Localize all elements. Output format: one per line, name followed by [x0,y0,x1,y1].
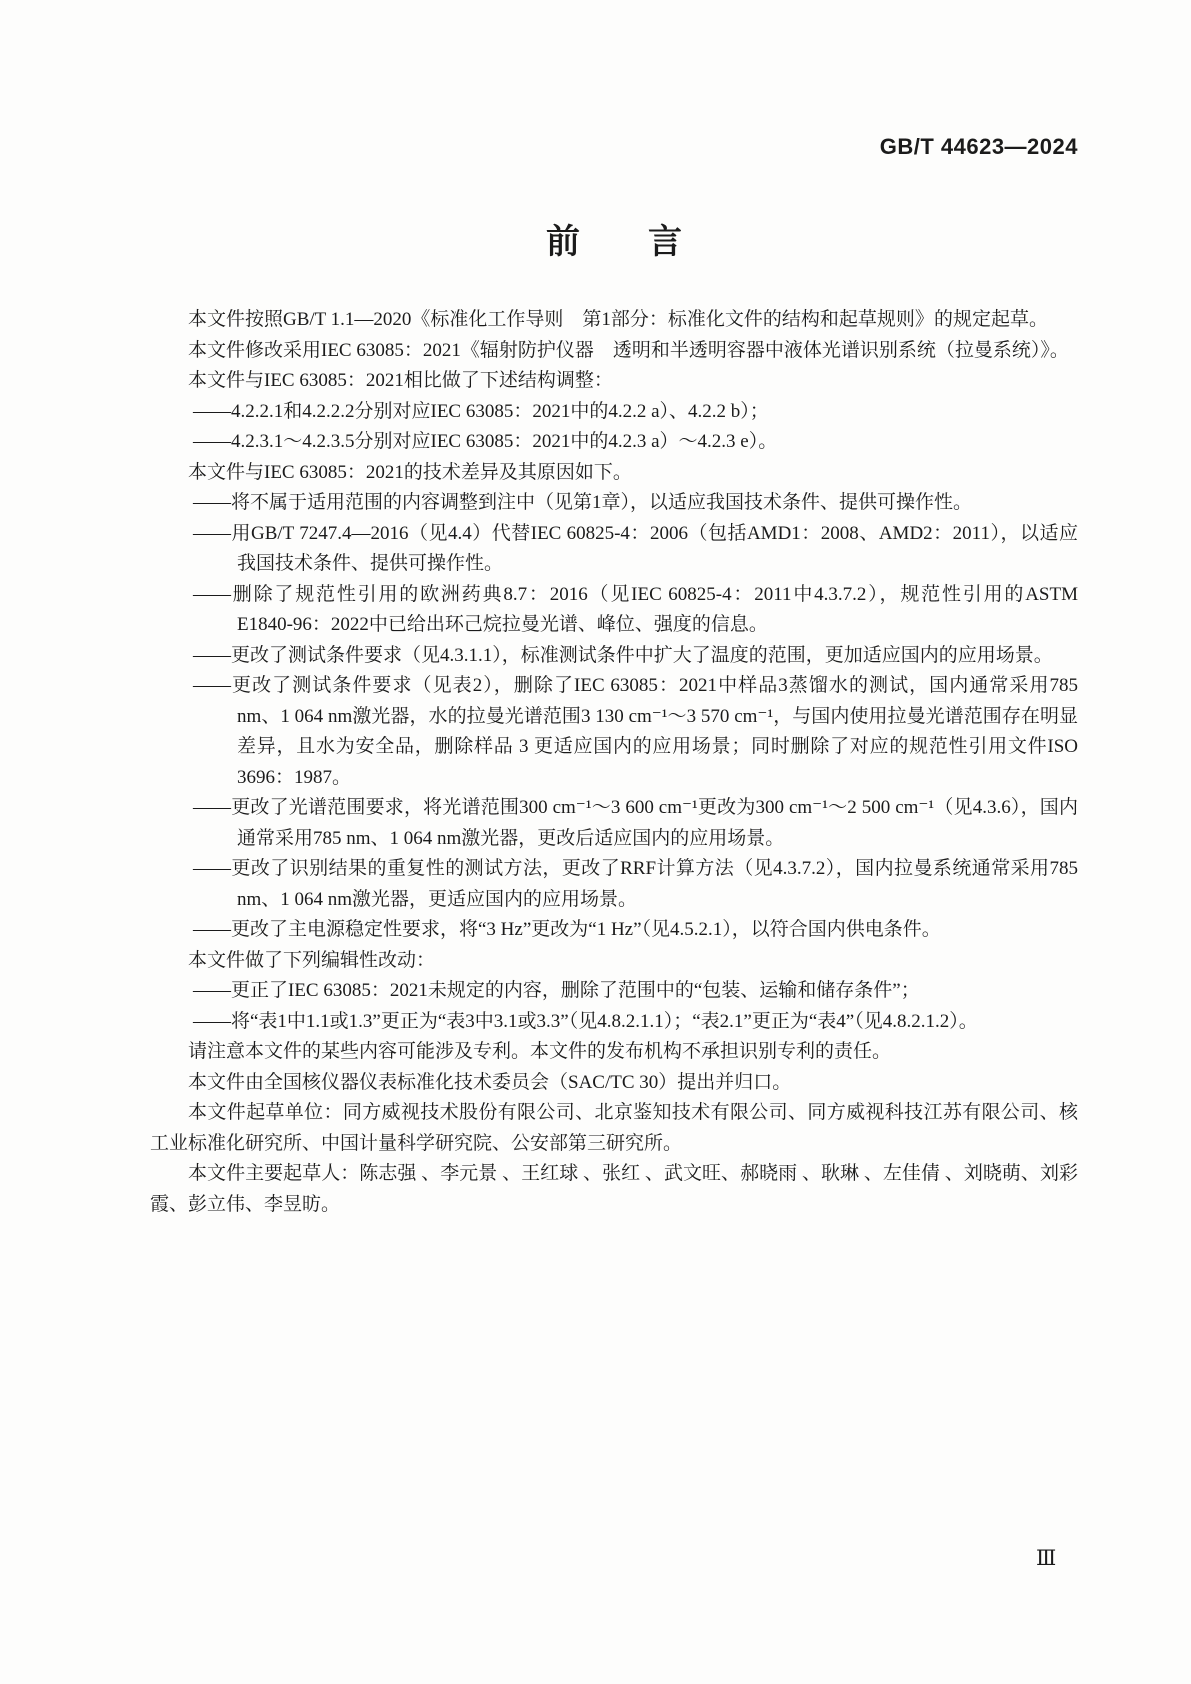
dash-list-item: ——用GB/T 7247.4—2016（见4.4）代替IEC 60825-4：2… [150,519,1078,580]
dash-list-item: ——更改了测试条件要求（见4.3.1.1），标准测试条件中扩大了温度的范围，更加… [150,641,1078,672]
foreword-body: 本文件按照GB/T 1.1—2020《标准化工作导则 第1部分：标准化文件的结构… [150,305,1078,1220]
paragraph: 本文件与IEC 63085：2021相比做了下述结构调整： [150,366,1078,397]
paragraph: 本文件主要起草人：陈志强 、李元景 、王红球 、张红 、武文旺、郝晓雨 、耿琳 … [150,1159,1078,1220]
paragraph: 本文件与IEC 63085：2021的技术差异及其原因如下。 [150,458,1078,489]
dash-list-item: ——删除了规范性引用的欧洲药典8.7：2016（见IEC 60825-4：201… [150,580,1078,641]
standard-number: GB/T 44623—2024 [880,134,1078,160]
dash-list-item: ——更改了测试条件要求（见表2），删除了IEC 63085：2021中样品3蒸馏… [150,671,1078,793]
paragraph: 请注意本文件的某些内容可能涉及专利。本文件的发布机构不承担识别专利的责任。 [150,1037,1078,1068]
dash-list-item: ——4.2.3.1～4.2.3.5分别对应IEC 63085：2021中的4.2… [150,427,1078,458]
page-title: 前 言 [150,224,1078,261]
dash-list-item: ——4.2.2.1和4.2.2.2分别对应IEC 63085：2021中的4.2… [150,397,1078,428]
dash-list-item: ——将“表1中1.1或1.3”更正为“表3中3.1或3.3”（见4.8.2.1.… [150,1007,1078,1038]
dash-list-item: ——更改了主电源稳定性要求，将“3 Hz”更改为“1 Hz”（见4.5.2.1）… [150,915,1078,946]
paragraph: 本文件做了下列编辑性改动： [150,946,1078,977]
dash-list-item: ——更正了IEC 63085：2021未规定的内容，删除了范围中的“包装、运输和… [150,976,1078,1007]
paragraph: 本文件由全国核仪器仪表标准化技术委员会（SAC/TC 30）提出并归口。 [150,1068,1078,1099]
paragraph: 本文件修改采用IEC 63085：2021《辐射防护仪器 透明和半透明容器中液体… [150,336,1078,367]
dash-list-item: ——将不属于适用范围的内容调整到注中（见第1章），以适应我国技术条件、提供可操作… [150,488,1078,519]
page-number: Ⅲ [1036,1546,1056,1571]
dash-list-item: ——更改了识别结果的重复性的测试方法，更改了RRF计算方法（见4.3.7.2），… [150,854,1078,915]
paragraph: 本文件起草单位：同方威视技术股份有限公司、北京鉴知技术有限公司、同方威视科技江苏… [150,1098,1078,1159]
paragraph: 本文件按照GB/T 1.1—2020《标准化工作导则 第1部分：标准化文件的结构… [150,305,1078,336]
document-page: GB/T 44623—2024 前 言 本文件按照GB/T 1.1—2020《标… [0,0,1191,1684]
dash-list-item: ——更改了光谱范围要求，将光谱范围300 cm⁻¹～3 600 cm⁻¹更改为3… [150,793,1078,854]
